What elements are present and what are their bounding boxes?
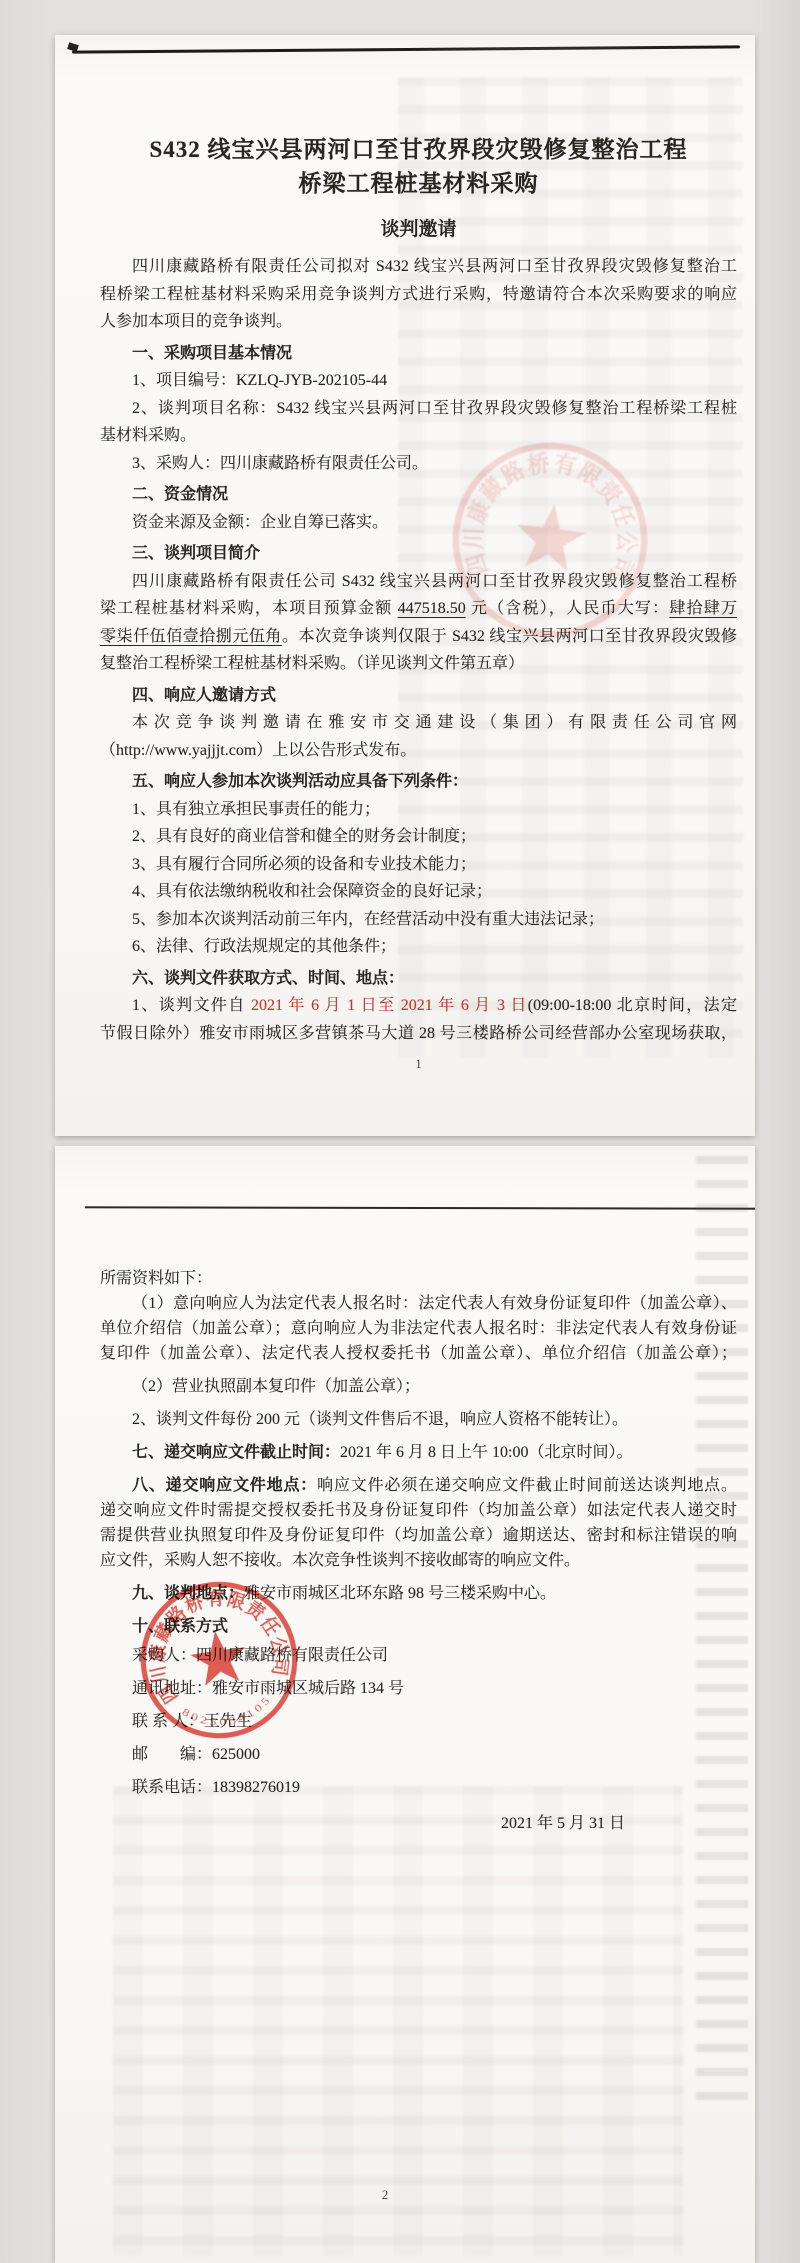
text-line: （http://www.yajjjt.com）上以公告形式发布。 <box>100 737 737 765</box>
text-line: 四川康藏路桥有限责任公司拟对 S432 线宝兴县两河口至甘孜界段灾毁修复整治工 <box>100 253 737 281</box>
text-line: 单位介绍信（加盖公章）；意向响应人为非法定代表人报名时：非法定代表人有效身份证 <box>100 1316 737 1341</box>
text-line: 需提供营业执照复印件及身份证复印件（均加盖公章）逾期送达、密封和标注错误的响 <box>100 1523 737 1548</box>
text-line: 应文件，采购人恕不接收。本次竞争性谈判不接收邮寄的响应文件。 <box>100 1548 737 1573</box>
seal-code: 8025034105 <box>178 1692 277 1734</box>
svg-text:8025034105: 8025034105 <box>178 1692 277 1734</box>
text-line: 六、谈判文件获取方式、时间、地点： <box>100 965 737 993</box>
scanned-document-viewer: { "meta": { "colors": { "bg": "#e3e1df",… <box>0 0 800 2263</box>
text-line: 四、响应人邀请方式 <box>100 682 737 710</box>
text-segment: 元（含税），人民币大写： <box>466 600 670 617</box>
page1-text: 四川康藏路桥有限责任公司拟对 S432 线宝兴县两河口至甘孜界段灾毁修复整治工程… <box>100 253 737 1047</box>
doc-title-line-2: 桥梁工程桩基材料采购 <box>100 167 737 201</box>
text-line: 人参加本项目的竞争谈判。 <box>100 308 737 336</box>
text-line: 二、资金情况 <box>100 481 737 509</box>
seal-star-icon <box>187 1627 249 1687</box>
text-line: 1、具有独立承担民事责任的能力； <box>100 796 737 824</box>
text-line: （1）意向响应人为法定代表人报名时：法定代表人有效身份证复印件（加盖公章）、 <box>100 1291 737 1316</box>
text-line: 5、参加本次谈判活动前三年内，在经营活动中没有重大违法记录； <box>100 906 737 934</box>
text-line: 三、谈判项目简介 <box>100 540 737 568</box>
text-line: 梁工程桩基材料采购，本项目预算金额 447518.50 元（含税），人民币大写：… <box>100 595 737 623</box>
text-line: 3、采购人：四川康藏路桥有限责任公司。 <box>100 450 737 478</box>
bold-heading-text: 七、递交响应文件截止时间： <box>132 1444 340 1461</box>
text-line: 递交响应文件时需提交授权委托书及身份证复印件（均加盖公章）如法定代表人递交时 <box>100 1498 737 1523</box>
text-line: 1、项目编号：KZLQ-JYB-202105-44 <box>100 367 737 395</box>
text-segment: 2021 年 6 月 8 日上午 10:00（北京时间）。 <box>340 1444 632 1461</box>
text-line: 2、具有良好的商业信誉和健全的财务会计制度； <box>100 823 737 851</box>
company-seal: 四川康藏路桥有限责任公司 8025034105 <box>122 1563 316 1757</box>
text-line: 所需资料如下： <box>100 1266 737 1291</box>
document-date: 2021 年 5 月 31 日 <box>100 1810 737 1833</box>
underlined-amount: 肆拾肆万 <box>669 600 737 617</box>
text-line: 四川康藏路桥有限责任公司 S432 线宝兴县两河口至甘孜界段灾毁修复整治工程桥 <box>100 568 737 596</box>
text-line: 五、响应人参加本次谈判活动应具备下列条件： <box>100 768 737 796</box>
underlined-amount: 零柒仟伍佰壹拾捌元伍角 <box>100 628 282 645</box>
text-segment: (09:00-18:00 北京时间，法定 <box>528 997 737 1014</box>
text-line: 2、谈判文件每份 200 元（谈判文件售后不退，响应人资格不能转让）。 <box>100 1407 737 1432</box>
text-line: 一、采购项目基本情况 <box>100 340 737 368</box>
text-line: 基材料采购。 <box>100 422 737 450</box>
text-line: 零柒仟伍佰壹拾捌元伍角。本次竞争谈判仅限于 S432 线宝兴县两河口至甘孜界段灾… <box>100 623 737 651</box>
page1-content: S432 线宝兴县两河口至甘孜界段灾毁修复整治工程 桥梁工程桩基材料采购 谈判邀… <box>55 35 755 1072</box>
text-line: （2）营业执照副本复印件（加盖公章）； <box>100 1374 737 1399</box>
text-line: 节假日除外）雅安市雨城区多营镇茶马大道 28 号三楼路桥公司经营部办公室现场获取… <box>100 1020 737 1048</box>
text-segment: 响应文件必须在递交响应文件截止时间前送达谈判地点。 <box>317 1477 737 1494</box>
doc-subtitle: 谈判邀请 <box>100 215 737 245</box>
text-line: 复整治工程桥梁工程桩基材料采购。（详见谈判文件第五章） <box>100 650 737 678</box>
bold-heading-text: 八、递交响应文件地点： <box>132 1477 317 1494</box>
bleed-through-texture <box>113 1786 683 2256</box>
text-segment: 。本次竞争谈判仅限于 S432 线宝兴县两河口至甘孜界段灾毁修 <box>282 628 737 645</box>
page-2: 所需资料如下：（1）意向响应人为法定代表人报名时：法定代表人有效身份证复印件（加… <box>55 1146 755 2263</box>
text-line: 联系电话：18398276019 <box>100 1771 737 1804</box>
text-line: 6、法律、行政法规规定的其他条件； <box>100 933 737 961</box>
text-segment: 1、谈判文件自 <box>132 997 251 1014</box>
text-line: 程桥梁工程桩基材料采购采用竞争谈判方式进行采购，特邀请符合本次采购要求的响应 <box>100 281 737 309</box>
text-line: 2、谈判项目名称：S432 线宝兴县两河口至甘孜界段灾毁修复整治工程桥梁工程桩 <box>100 395 737 423</box>
text-line: 3、具有履行合同所必须的设备和专业技术能力； <box>100 851 737 879</box>
text-line: 4、具有依法缴纳税收和社会保障资金的良好记录； <box>100 878 737 906</box>
red-date-text: 2021 年 6 月 1 日至 2021 年 6 月 3 日 <box>251 997 528 1014</box>
text-line: 资金来源及金额：企业自筹已落实。 <box>100 509 737 537</box>
text-line: 复印件（加盖公章）、法定代表人授权委托书（加盖公章）、单位介绍信（加盖公章）； <box>100 1341 737 1366</box>
page2-page-number: 2 <box>55 2187 715 2203</box>
text-line: 1、谈判文件自 2021 年 6 月 1 日至 2021 年 6 月 3 日(0… <box>100 992 737 1020</box>
underlined-amount: 447518.50 <box>398 600 466 617</box>
text-segment: 梁工程桩基材料采购，本项目预算金额 <box>100 600 398 617</box>
text-line: 本次竞争谈判邀请在雅安市交通建设（集团）有限责任公司官网 <box>100 709 737 737</box>
page-1: 四川康藏路桥有限责任公司 S432 线宝兴县两河口至甘孜界段灾毁修复整治工程 桥… <box>55 35 755 1136</box>
doc-title-line-1: S432 线宝兴县两河口至甘孜界段灾毁修复整治工程 <box>100 133 737 167</box>
text-line: 七、递交响应文件截止时间：2021 年 6 月 8 日上午 10:00（北京时间… <box>100 1440 737 1465</box>
page1-page-number: 1 <box>100 1056 737 1072</box>
text-line: 八、递交响应文件地点：响应文件必须在递交响应文件截止时间前送达谈判地点。 <box>100 1473 737 1498</box>
